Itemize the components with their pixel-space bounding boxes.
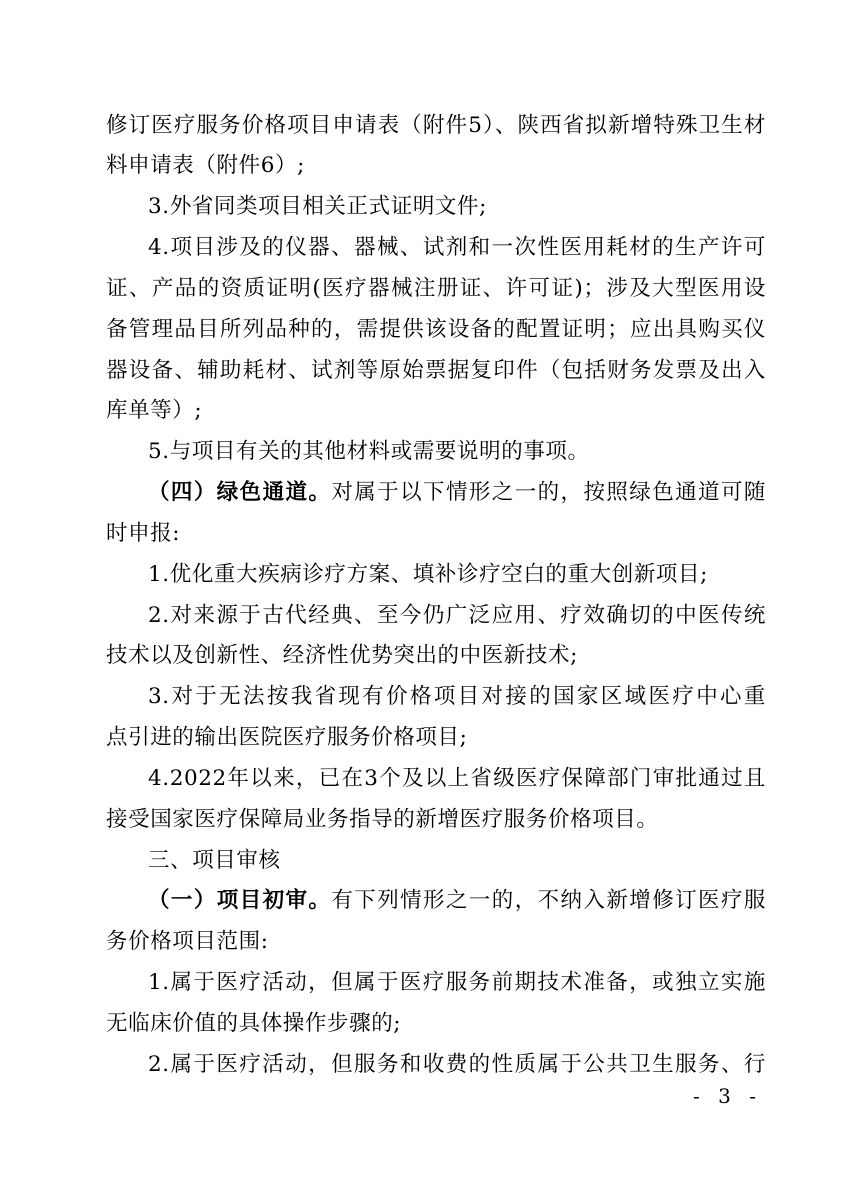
text-line: 接受国家医疗保障局业务指导的新增医疗服务价格项目。 [106,805,766,835]
list-item: 1.属于医疗活动，但属于医疗服务前期技术准备，或独立实施 [148,968,766,998]
text-line: 修订医疗服务价格项目申请表（附件5）、陕西省拟新增特殊卫生材 [106,111,766,141]
text-line: 库单等）; [106,396,766,426]
text-line: 务价格项目范围: [106,927,766,957]
text-line: 技术以及创新性、经济性优势突出的中医新技术; [106,641,766,671]
list-item: 2.属于医疗活动，但服务和收费的性质属于公共卫生服务、行 [148,1050,766,1080]
list-item: 2.对来源于古代经典、至今仍广泛应用、疗效确切的中医传统 [148,601,766,631]
text-line: 无临床价值的具体操作步骤的; [106,1009,766,1039]
list-item: 4.2022年以来，已在3个及以上省级医疗保障部门审批通过且 [148,764,766,794]
green-channel-label: （四）绿色通道。 [148,480,331,505]
text-line: 时申报: [106,519,766,549]
text-line: 料申请表（附件6）; [106,151,766,181]
text-line: 证、产品的资质证明(医疗器械注册证、许可证)；涉及大型医用设 [106,274,766,304]
green-channel-paragraph: （四）绿色通道。对属于以下情形之一的，按照绿色通道可随 [148,478,766,508]
text-line: 备管理品目所列品种的，需提供该设备的配置证明；应出具购买仪 [106,315,766,345]
text-line: 点引进的输出医院医疗服务价格项目; [106,723,766,753]
list-item: 1.优化重大疾病诊疗方案、填补诊疗空白的重大创新项目; [148,560,766,590]
green-channel-text: 对属于以下情形之一的，按照绿色通道可随 [331,480,766,505]
initial-review-text: 有下列情形之一的，不纳入新增修订医疗服 [331,888,766,913]
initial-review-paragraph: （一）项目初审。有下列情形之一的，不纳入新增修订医疗服 [148,886,766,916]
list-item: 5.与项目有关的其他材料或需要说明的事项。 [148,437,766,467]
initial-review-label: （一）项目初审。 [148,888,331,913]
text-line: 器设备、辅助耗材、试剂等原始票据复印件（包括财务发票及出入 [106,356,766,386]
list-item: 3.对于无法按我省现有价格项目对接的国家区域医疗中心重 [148,682,766,712]
document-page: 修订医疗服务价格项目申请表（附件5）、陕西省拟新增特殊卫生材 料申请表（附件6）… [0,0,860,1201]
section-heading: 三、项目审核 [148,846,766,876]
page-number: - 3 - [693,1084,762,1108]
list-item: 4.项目涉及的仪器、器械、试剂和一次性医用耗材的生产许可 [148,233,766,263]
list-item: 3.外省同类项目相关正式证明文件; [148,192,766,222]
